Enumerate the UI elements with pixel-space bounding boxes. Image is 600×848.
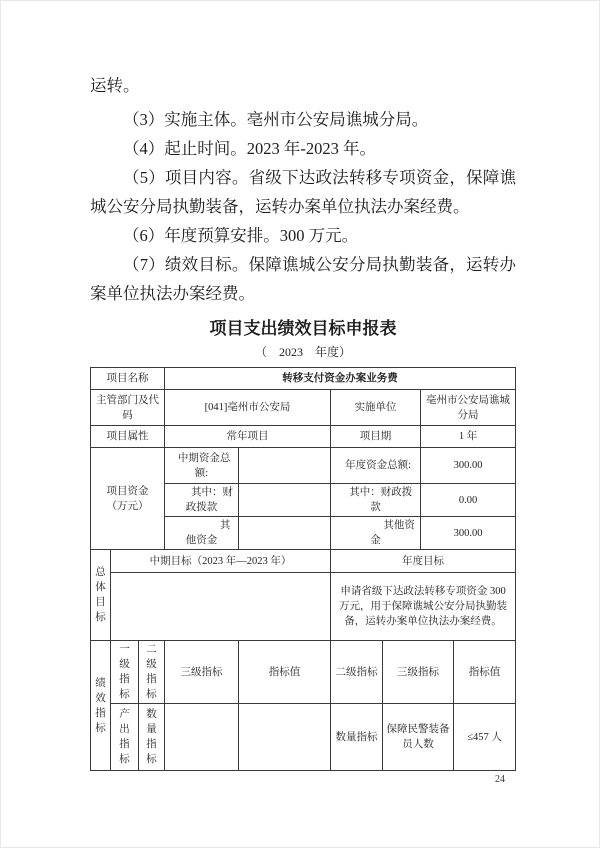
table-title: 项目支出绩效目标申报表 xyxy=(90,317,516,341)
cell-project-attr-value: 常年项目 xyxy=(165,426,331,448)
table-row: 总 体 目 标 中期目标（2023 年—2023 年） 年度目标 xyxy=(91,550,516,573)
cell-mid-other-label: 其他资金 xyxy=(165,517,239,550)
cell-year-fiscal-label: 其中：财政拨款 xyxy=(331,484,421,517)
table-row: 主管部门及代码 [041]亳州市公安局 实施单位 亳州市公安局谯城分局 xyxy=(91,390,516,426)
cell-project-attr-label: 项目属性 xyxy=(91,426,165,448)
cell-annual-goal-content: 申请省级下达政法转移专项资金 300 万元，用于保障谯城公安分局执勤装备，运转办… xyxy=(331,573,516,641)
body-paragraph: （7）绩效目标。保障谯城公安分局执勤装备，运转办案单位执法办案经费。 xyxy=(90,250,516,308)
page-content: 运转。 （3）实施主体。亳州市公安局谯城分局。 （4）起止时间。2023 年-2… xyxy=(90,71,516,771)
cell-perf-output-label: 产 出 指 标 xyxy=(111,704,139,771)
cell-perf-level2b-value: 数量指标 xyxy=(331,704,383,771)
cell-impl-unit-label: 实施单位 xyxy=(331,390,421,426)
cell-year-other-value: 300.00 xyxy=(421,517,516,550)
cell-impl-unit-value: 亳州市公安局谯城分局 xyxy=(421,390,516,426)
cell-overall-goal-label: 总 体 目 标 xyxy=(91,550,111,641)
cell-dept-label: 主管部门及代码 xyxy=(91,390,165,426)
cell-project-name-value: 转移支付资金办案业务费 xyxy=(165,368,516,390)
cell-dept-value: [041]亳州市公安局 xyxy=(165,390,331,426)
cell-mid-other-value xyxy=(239,517,331,550)
cell-project-period-label: 项目期 xyxy=(331,426,421,448)
cell-mid-total-label: 中期资金总额: xyxy=(165,448,239,484)
cell-perf-level2a-header: 二 级 指 标 xyxy=(139,641,165,704)
performance-target-table: 项目名称 转移支付资金办案业务费 主管部门及代码 [041]亳州市公安局 实施单… xyxy=(90,367,516,771)
cell-perf-valueb-header: 指标值 xyxy=(454,641,516,704)
table-row: 项目名称 转移支付资金办案业务费 xyxy=(91,368,516,390)
cell-midterm-goal-content xyxy=(111,573,331,641)
cell-perf-valueb-value: ≤457 人 xyxy=(454,704,516,771)
cell-year-total-value: 300.00 xyxy=(421,448,516,484)
cell-perf-level2b-header: 二级指标 xyxy=(331,641,383,704)
page-number: 24 xyxy=(495,774,505,785)
cell-mid-fiscal-value xyxy=(239,484,331,517)
cell-annual-goal-header: 年度目标 xyxy=(331,550,516,573)
body-paragraph: 运转。 xyxy=(90,71,516,100)
cell-mid-total-value xyxy=(239,448,331,484)
table-year-subtitle: （ 2023 年度） xyxy=(90,344,516,360)
cell-perf-valuea-value xyxy=(239,704,331,771)
cell-project-period-value: 1 年 xyxy=(421,426,516,448)
cell-project-name-label: 项目名称 xyxy=(91,368,165,390)
body-paragraph: （3）实施主体。亳州市公安局谯城分局。 xyxy=(90,105,516,134)
cell-perf-level3a-value xyxy=(165,704,239,771)
cell-perf-valuea-header: 指标值 xyxy=(239,641,331,704)
table-row: 申请省级下达政法转移专项资金 300 万元，用于保障谯城公安分局执勤装备，运转办… xyxy=(91,573,516,641)
cell-perf-indicator-label: 绩 效 指 标 xyxy=(91,641,111,771)
cell-mid-fiscal-label: 其中：财政拨款 xyxy=(165,484,239,517)
table-row: 项目资金 （万元） 中期资金总额: 年度资金总额: 300.00 xyxy=(91,448,516,484)
table-row: 绩 效 指 标 一 级 指 标 二 级 指 标 三级指标 指标值 二级指标 三级… xyxy=(91,641,516,704)
cell-perf-level3a-header: 三级指标 xyxy=(165,641,239,704)
cell-perf-level1-header: 一 级 指 标 xyxy=(111,641,139,704)
table-row: 项目属性 常年项目 项目期 1 年 xyxy=(91,426,516,448)
body-paragraph: （4）起止时间。2023 年-2023 年。 xyxy=(90,134,516,163)
cell-year-fiscal-value: 0.00 xyxy=(421,484,516,517)
cell-funds-label: 项目资金 （万元） xyxy=(91,448,165,550)
cell-midterm-goal-header: 中期目标（2023 年—2023 年） xyxy=(111,550,331,573)
cell-perf-level3b-value: 保障民警装备员人数 xyxy=(383,704,454,771)
table-row: 产 出 指 标 数 量 指 标 数量指标 保障民警装备员人数 ≤457 人 xyxy=(91,704,516,771)
cell-year-total-label: 年度资金总额: xyxy=(331,448,421,484)
document-page: { "doc": { "paragraphs": [ { "text": "运转… xyxy=(0,0,600,848)
cell-perf-quantity-label: 数 量 指 标 xyxy=(139,704,165,771)
body-paragraph: （5）项目内容。省级下达政法转移专项资金，保障谯城公安分局执勤装备，运转办案单位… xyxy=(90,163,516,221)
body-paragraph: （6）年度预算安排。300 万元。 xyxy=(90,221,516,250)
cell-year-other-label: 其他资金 xyxy=(331,517,421,550)
cell-perf-level3b-header: 三级指标 xyxy=(383,641,454,704)
